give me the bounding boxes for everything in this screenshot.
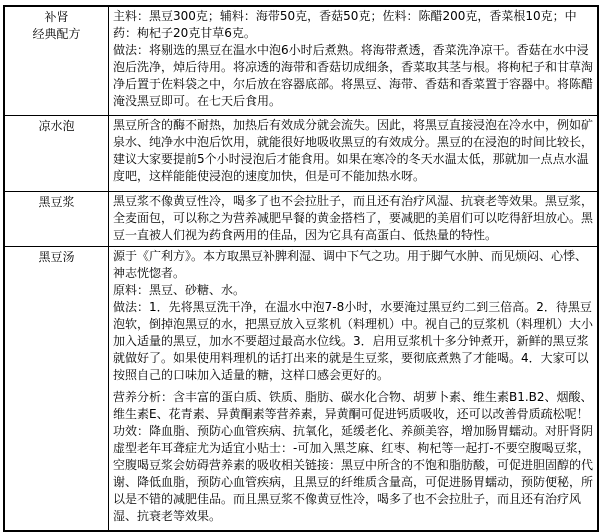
row-content-kidney-tonic: 主料：黑豆300克；辅料：海带50克，香菇50克；佐料：陈醋200克，香菜根10… [109, 6, 599, 116]
description-paragraph: 黑豆所含的酶不耐热，加热后有效成分就会流失。因此，将黑豆直接浸泡在冷水中，例如矿… [113, 117, 593, 185]
row-content-cold-water-soak: 黑豆所含的酶不耐热，加热后有效成分就会流失。因此，将黑豆直接浸泡在冷水中，例如矿… [109, 116, 599, 192]
table-row-kidney-tonic: 补肾 经典配方 主料：黑豆300克；辅料：海带50克，香菇50克；佐料：陈醋20… [4, 6, 598, 116]
row-content-black-bean-milk: 黑豆浆不像黄豆性冷，喝多了也不会拉肚子，而且还有治疗风湿、抗衰老等效果。黑豆浆，… [109, 192, 599, 247]
row-header-kidney-tonic: 补肾 经典配方 [4, 6, 109, 116]
ingredients-paragraph: 原料：黑豆、砂糖、水。 [113, 282, 593, 299]
nutrition-paragraph: 营养分析：含丰富的蛋白质、铁质、脂肪、碳水化合物、胡萝卜素、维生素B1.B2、烟… [113, 389, 593, 423]
table-row-black-bean-soup: 黑豆汤 源于《广利方》。本方取黑豆补脾利湿、调中下气之功。用于脚气水肿、而见烦闷… [4, 247, 598, 532]
black-bean-recipe-table: 补肾 经典配方 主料：黑豆300克；辅料：海带50克，香菇50克；佐料：陈醋20… [3, 5, 599, 532]
benefits-paragraph: 功效：降血脂、预防心血管疾病、抗氧化，延缓老化、养颜美容，增加肠胃蠕动。对肝肾阴… [113, 423, 593, 525]
table-row-cold-water-soak: 凉水泡 黑豆所含的酶不耐热，加热后有效成分就会流失。因此，将黑豆直接浸泡在冷水中… [4, 116, 598, 192]
method-paragraph: 做法：将剔选的黑豆在温水中泡6小时后煮熟。将海带煮透，香菜洗净凉干。香菇在水中浸… [113, 42, 593, 110]
table-row-black-bean-milk: 黑豆浆 黑豆浆不像黄豆性冷，喝多了也不会拉肚子，而且还有治疗风湿、抗衰老等效果。… [4, 192, 598, 247]
method-paragraph: 做法：1．先将黑豆洗干净，在温水中泡7-8小时，水要淹过黑豆约二到三倍高。2．待… [113, 299, 593, 384]
description-paragraph: 黑豆浆不像黄豆性冷，喝多了也不会拉肚子，而且还有治疗风湿、抗衰老等效果。黑豆浆，… [113, 193, 593, 244]
origin-paragraph: 源于《广利方》。本方取黑豆补脾利湿、调中下气之功。用于脚气水肿、而见烦闷、心悸、… [113, 248, 593, 282]
row-header-black-bean-milk: 黑豆浆 [4, 192, 109, 247]
row-header-cold-water-soak: 凉水泡 [4, 116, 109, 192]
row-content-black-bean-soup: 源于《广利方》。本方取黑豆补脾利湿、调中下气之功。用于脚气水肿、而见烦闷、心悸、… [109, 247, 599, 532]
row-header-black-bean-soup: 黑豆汤 [4, 247, 109, 532]
ingredients-paragraph: 主料：黑豆300克；辅料：海带50克，香菇50克；佐料：陈醋200克，香菜根10… [113, 8, 593, 42]
